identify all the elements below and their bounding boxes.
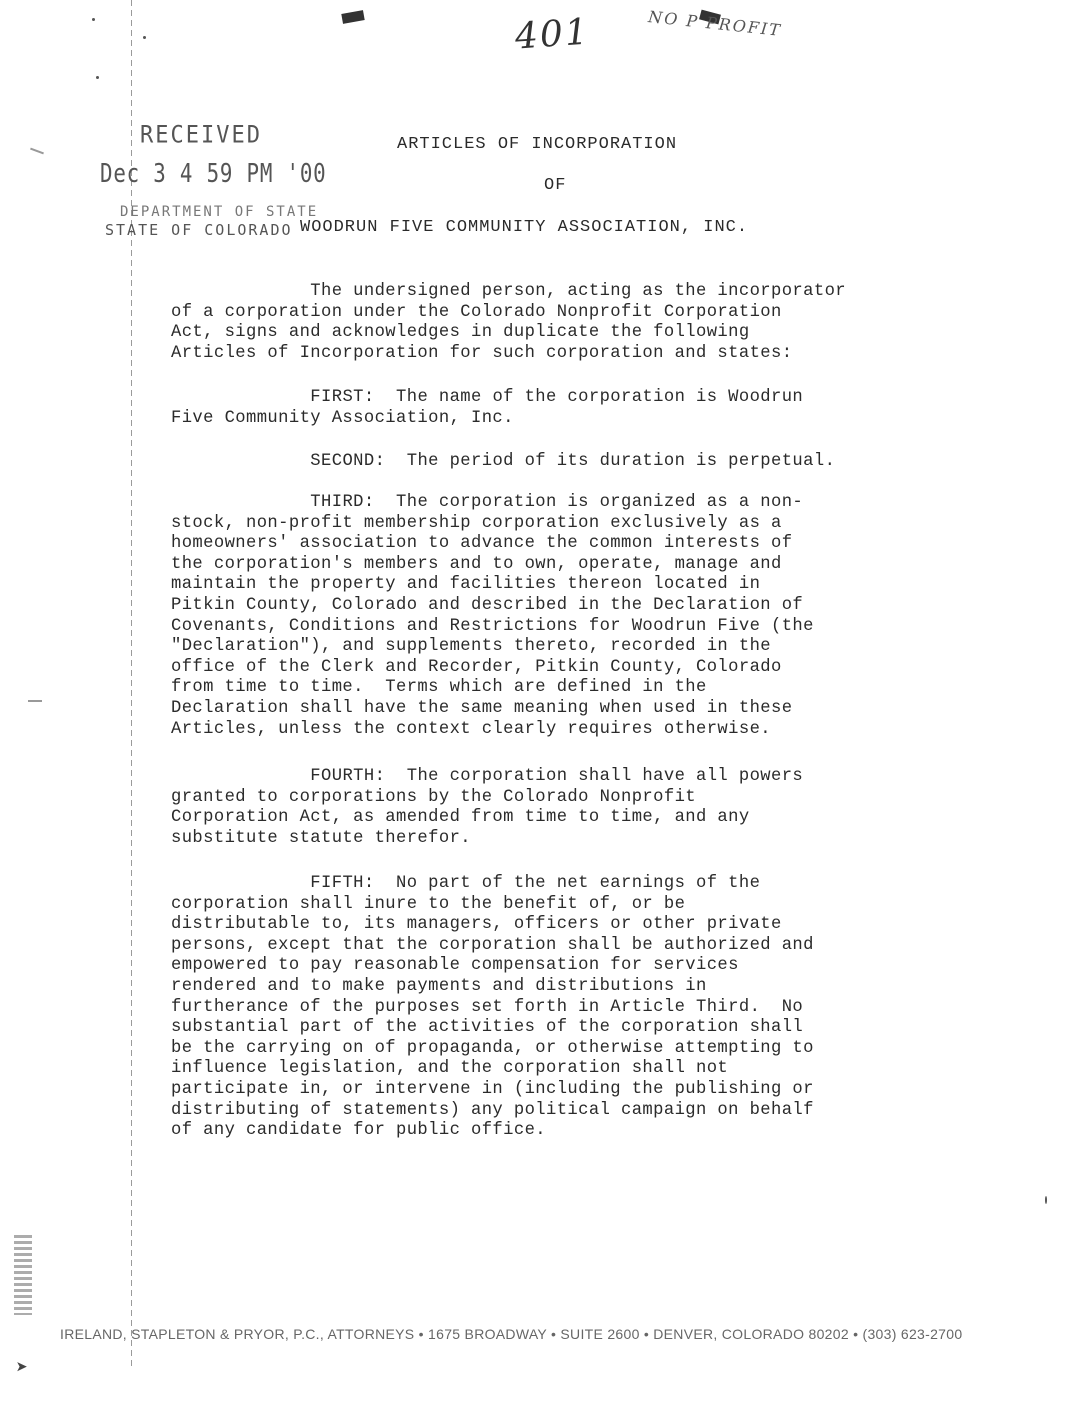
scan-speck bbox=[92, 18, 95, 21]
scan-speck bbox=[28, 700, 42, 702]
scan-speck bbox=[30, 148, 44, 155]
article-fourth: FOURTH: The corporation shall have all p… bbox=[171, 767, 941, 849]
arrow-mark-icon: ➤ bbox=[16, 1355, 28, 1381]
title-line-2: OF bbox=[544, 176, 566, 195]
stamp-date: Dec 3 4 59 PM '00 bbox=[100, 161, 326, 187]
document-body: The undersigned person, acting as the in… bbox=[171, 0, 941, 165]
stamp-state: STATE OF COLORADO bbox=[105, 223, 293, 238]
document-page: 401 NO P PROFIT RECEIVED Dec 3 4 59 PM '… bbox=[0, 0, 1088, 1408]
signature-mark bbox=[14, 1235, 32, 1315]
article-second: SECOND: The period of its duration is pe… bbox=[171, 452, 941, 473]
scan-speck bbox=[96, 76, 99, 79]
scan-speck bbox=[1045, 1196, 1047, 1204]
scan-speck bbox=[143, 36, 146, 39]
letterhead-footer: IRELAND, STAPLETON & PRYOR, P.C., ATTORN… bbox=[60, 1326, 1080, 1342]
article-fifth: FIFTH: No part of the net earnings of th… bbox=[171, 874, 941, 1142]
stamp-department: DEPARTMENT OF STATE bbox=[120, 205, 318, 219]
title-line-3: WOODRUN FIVE COMMUNITY ASSOCIATION, INC. bbox=[300, 218, 748, 237]
article-third: THIRD: The corporation is organized as a… bbox=[171, 493, 941, 740]
article-first: FIRST: The name of the corporation is Wo… bbox=[171, 388, 941, 429]
paragraph-intro: The undersigned person, acting as the in… bbox=[171, 282, 941, 364]
